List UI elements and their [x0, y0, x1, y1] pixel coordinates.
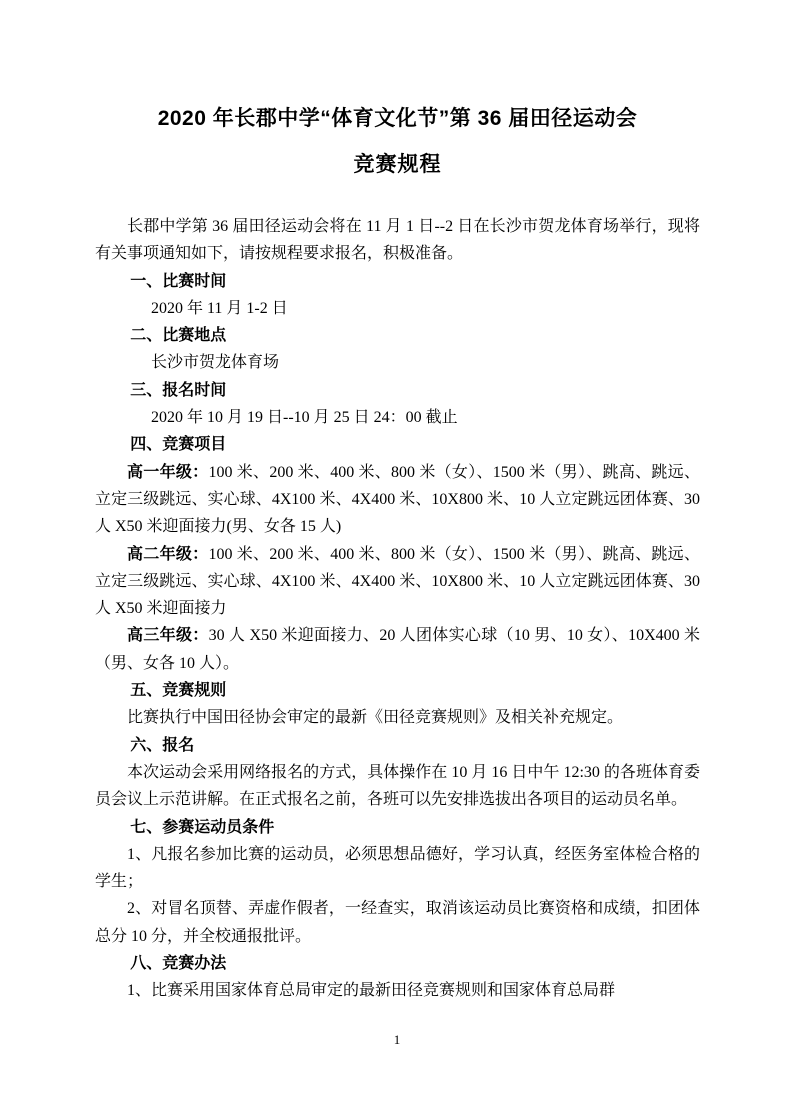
paragraph: 比赛执行中国田径协会审定的最新《田径竞赛规则》及相关补充规定。 [95, 704, 700, 731]
section-heading: 二、比赛地点 [95, 322, 700, 349]
paragraph: 本次运动会采用网络报名的方式，具体操作在 10 月 16 日中午 12:30 的… [95, 759, 700, 814]
section-heading: 一、比赛时间 [95, 268, 700, 295]
document-subtitle: 竞赛规程 [95, 150, 700, 180]
section-heading: 三、报名时间 [95, 377, 700, 404]
paragraph: 2、对冒名顶替、弄虚作假者，一经查实，取消该运动员比赛资格和成绩，扣团体总分 1… [95, 895, 700, 950]
grade-label: 高一年级： [127, 464, 208, 481]
document-title: 2020 年长郡中学“体育文化节”第 36 届田径运动会 [95, 104, 700, 134]
section-detail: 2020 年 10 月 19 日--10 月 25 日 24：00 截止 [95, 404, 700, 431]
grade-label: 高三年级： [127, 627, 209, 644]
paragraph: 长郡中学第 36 届田径运动会将在 11 月 1 日--2 日在长沙市贺龙体育场… [95, 213, 700, 268]
section-heading: 七、参赛运动员条件 [95, 814, 700, 841]
section-detail: 2020 年 11 月 1-2 日 [95, 295, 700, 322]
paragraph: 1、比赛采用国家体育总局审定的最新田径竞赛规则和国家体育总局群 [95, 977, 700, 1004]
section-heading: 六、报名 [95, 732, 700, 759]
grade-events-paragraph: 高二年级：100 米、200 米、400 米、800 米（女）、1500 米（男… [95, 541, 700, 623]
section-detail: 长沙市贺龙体育场 [95, 349, 700, 376]
grade-events-paragraph: 高三年级：30 人 X50 米迎面接力、20 人团体实心球（10 男、10 女）… [95, 622, 700, 677]
page-number: 1 [0, 1032, 794, 1048]
grade-label: 高二年级： [127, 546, 208, 563]
document-body: 长郡中学第 36 届田径运动会将在 11 月 1 日--2 日在长沙市贺龙体育场… [95, 213, 700, 1005]
section-heading: 五、竞赛规则 [95, 677, 700, 704]
section-heading: 四、竞赛项目 [95, 431, 700, 458]
grade-events-paragraph: 高一年级：100 米、200 米、400 米、800 米（女）、1500 米（男… [95, 459, 700, 541]
document-page: 2020 年长郡中学“体育文化节”第 36 届田径运动会 竞赛规程 长郡中学第 … [0, 0, 794, 1108]
section-heading: 八、竞赛办法 [95, 950, 700, 977]
paragraph: 1、凡报名参加比赛的运动员，必须思想品德好，学习认真，经医务室体检合格的学生； [95, 841, 700, 896]
